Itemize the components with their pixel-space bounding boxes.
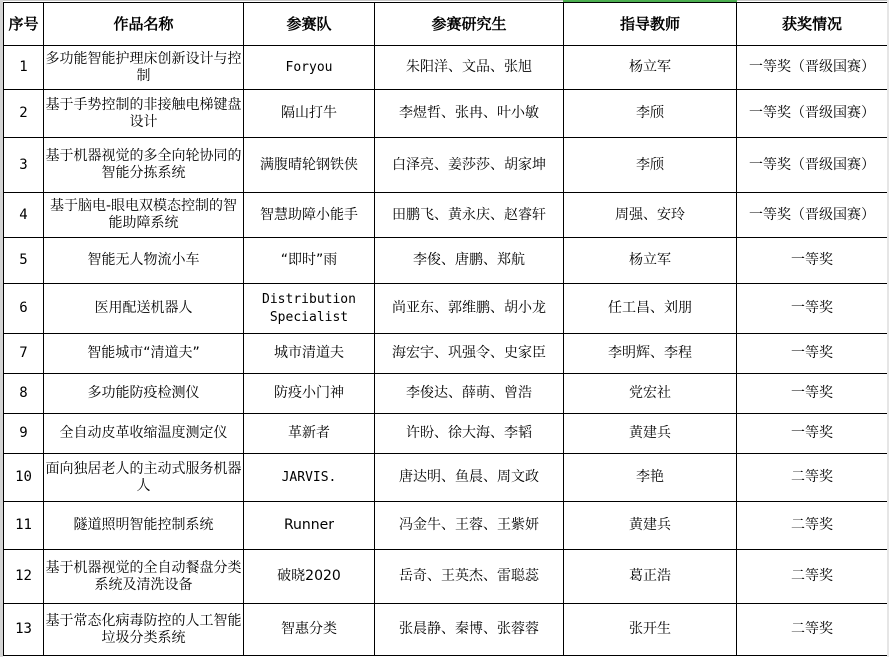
header-seq[interactable]: 序号 — [4, 3, 44, 46]
cell-project-name[interactable]: 基于机器视觉的多全向轮协同的智能分拣系统 — [44, 138, 244, 193]
cell-project-name[interactable]: 多功能防疫检测仪 — [44, 374, 244, 414]
cell-project-name[interactable]: 面向独居老人的主动式服务机器人 — [44, 454, 244, 502]
cell-advisor[interactable]: 党宏社 — [564, 374, 737, 414]
cell-award[interactable]: 一等奖 — [737, 238, 888, 284]
cell-seq[interactable]: 6 — [4, 284, 44, 334]
cell-project-name[interactable]: 基于手势控制的非接触电梯键盘设计 — [44, 90, 244, 138]
cell-students[interactable]: 朱阳洋、文品、张旭 — [375, 46, 564, 90]
awards-table: 序号 作品名称 参赛队 参赛研究生 指导教师 获奖情况 1 多功能智能护理床创新… — [3, 2, 888, 656]
cell-team[interactable]: 革新者 — [244, 414, 375, 454]
cell-students[interactable]: 岳奇、王英杰、雷聪蕊 — [375, 550, 564, 604]
cell-students[interactable]: 李俊达、薛萌、曾浩 — [375, 374, 564, 414]
cell-students[interactable]: 李俊、唐鹏、郑航 — [375, 238, 564, 284]
cell-advisor[interactable]: 葛正浩 — [564, 550, 737, 604]
table-row: 11 隧道照明智能控制系统 Runner 冯金牛、王蓉、王紫妍 黄建兵 二等奖 — [4, 502, 888, 550]
table-row: 3 基于机器视觉的多全向轮协同的智能分拣系统 满腹晴轮钢铁侠 白泽亮、姜莎莎、胡… — [4, 138, 888, 193]
table-row: 10 面向独居老人的主动式服务机器人 JARVIS. 唐达明、鱼晨、周文政 李艳… — [4, 454, 888, 502]
spreadsheet-view: 序号 作品名称 参赛队 参赛研究生 指导教师 获奖情况 1 多功能智能护理床创新… — [0, 0, 889, 657]
cell-team[interactable]: 隔山打牛 — [244, 90, 375, 138]
table-row: 13 基于常态化病毒防控的人工智能垃圾分类系统 智惠分类 张晨静、秦博、张蓉蓉 … — [4, 604, 888, 656]
table-row: 1 多功能智能护理床创新设计与控制 Foryou 朱阳洋、文品、张旭 杨立军 一… — [4, 46, 888, 90]
cell-seq[interactable]: 4 — [4, 193, 44, 238]
cell-seq[interactable]: 1 — [4, 46, 44, 90]
cell-project-name[interactable]: 医用配送机器人 — [44, 284, 244, 334]
cell-advisor[interactable]: 黄建兵 — [564, 414, 737, 454]
cell-award[interactable]: 一等奖 — [737, 334, 888, 374]
table-row: 7 智能城市“清道夫” 城市清道夫 海宏宇、巩强令、史家臣 李明辉、李程 一等奖 — [4, 334, 888, 374]
table-row: 4 基于脑电-眼电双模态控制的智能助障系统 智慧助障小能手 田鹏飞、黄永庆、赵睿… — [4, 193, 888, 238]
cell-team[interactable]: 智慧助障小能手 — [244, 193, 375, 238]
cell-students[interactable]: 张晨静、秦博、张蓉蓉 — [375, 604, 564, 656]
cell-team[interactable]: 智惠分类 — [244, 604, 375, 656]
cell-advisor[interactable]: 李明辉、李程 — [564, 334, 737, 374]
cell-seq[interactable]: 2 — [4, 90, 44, 138]
cell-seq[interactable]: 10 — [4, 454, 44, 502]
cell-team[interactable]: 防疫小门神 — [244, 374, 375, 414]
table-row: 9 全自动皮革收缩温度测定仪 革新者 许盼、徐大海、李韬 黄建兵 一等奖 — [4, 414, 888, 454]
cell-award[interactable]: 一等奖（晋级国赛） — [737, 193, 888, 238]
cell-team[interactable]: Runner — [244, 502, 375, 550]
table-row: 12 基于机器视觉的全自动餐盘分类系统及清洗设备 破晓2020 岳奇、王英杰、雷… — [4, 550, 888, 604]
table-body: 1 多功能智能护理床创新设计与控制 Foryou 朱阳洋、文品、张旭 杨立军 一… — [4, 46, 888, 656]
cell-team[interactable]: Foryou — [244, 46, 375, 90]
cell-project-name[interactable]: 智能无人物流小车 — [44, 238, 244, 284]
sheet-top-edge — [0, 0, 889, 1]
cell-seq[interactable]: 3 — [4, 138, 44, 193]
cell-advisor[interactable]: 黄建兵 — [564, 502, 737, 550]
cell-seq[interactable]: 7 — [4, 334, 44, 374]
header-row: 序号 作品名称 参赛队 参赛研究生 指导教师 获奖情况 — [4, 3, 888, 46]
cell-seq[interactable]: 13 — [4, 604, 44, 656]
cell-project-name[interactable]: 基于机器视觉的全自动餐盘分类系统及清洗设备 — [44, 550, 244, 604]
cell-team[interactable]: JARVIS. — [244, 454, 375, 502]
cell-team[interactable]: 破晓2020 — [244, 550, 375, 604]
cell-project-name[interactable]: 隧道照明智能控制系统 — [44, 502, 244, 550]
header-award[interactable]: 获奖情况 — [737, 3, 888, 46]
cell-team[interactable]: “即时”雨 — [244, 238, 375, 284]
cell-project-name[interactable]: 基于常态化病毒防控的人工智能垃圾分类系统 — [44, 604, 244, 656]
cell-students[interactable]: 田鹏飞、黄永庆、赵睿轩 — [375, 193, 564, 238]
cell-advisor[interactable]: 杨立军 — [564, 238, 737, 284]
cell-team[interactable]: 城市清道夫 — [244, 334, 375, 374]
cell-students[interactable]: 海宏宇、巩强令、史家臣 — [375, 334, 564, 374]
cell-award[interactable]: 一等奖（晋级国赛） — [737, 46, 888, 90]
cell-seq[interactable]: 8 — [4, 374, 44, 414]
cell-advisor[interactable]: 张开生 — [564, 604, 737, 656]
cell-project-name[interactable]: 全自动皮革收缩温度测定仪 — [44, 414, 244, 454]
cell-award[interactable]: 一等奖 — [737, 414, 888, 454]
header-students[interactable]: 参赛研究生 — [375, 3, 564, 46]
cell-award[interactable]: 一等奖 — [737, 284, 888, 334]
cell-project-name[interactable]: 基于脑电-眼电双模态控制的智能助障系统 — [44, 193, 244, 238]
cell-advisor[interactable]: 杨立军 — [564, 46, 737, 90]
table-row: 8 多功能防疫检测仪 防疫小门神 李俊达、薛萌、曾浩 党宏社 一等奖 — [4, 374, 888, 414]
cell-team[interactable]: Distribution Specialist — [244, 284, 375, 334]
cell-advisor[interactable]: 李颀 — [564, 138, 737, 193]
cell-seq[interactable]: 9 — [4, 414, 44, 454]
cell-award[interactable]: 二等奖 — [737, 550, 888, 604]
cell-award[interactable]: 二等奖 — [737, 454, 888, 502]
header-advisor[interactable]: 指导教师 — [564, 3, 737, 46]
table-row: 2 基于手势控制的非接触电梯键盘设计 隔山打牛 李煜哲、张冉、叶小敏 李颀 一等… — [4, 90, 888, 138]
cell-seq[interactable]: 11 — [4, 502, 44, 550]
cell-students[interactable]: 白泽亮、姜莎莎、胡家坤 — [375, 138, 564, 193]
header-project-name[interactable]: 作品名称 — [44, 3, 244, 46]
cell-advisor[interactable]: 任工昌、刘朋 — [564, 284, 737, 334]
cell-award[interactable]: 一等奖（晋级国赛） — [737, 90, 888, 138]
header-team[interactable]: 参赛队 — [244, 3, 375, 46]
cell-project-name[interactable]: 多功能智能护理床创新设计与控制 — [44, 46, 244, 90]
cell-team[interactable]: 满腹晴轮钢铁侠 — [244, 138, 375, 193]
table-row: 5 智能无人物流小车 “即时”雨 李俊、唐鹏、郑航 杨立军 一等奖 — [4, 238, 888, 284]
cell-seq[interactable]: 12 — [4, 550, 44, 604]
cell-advisor[interactable]: 李艳 — [564, 454, 737, 502]
cell-award[interactable]: 二等奖 — [737, 604, 888, 656]
cell-students[interactable]: 冯金牛、王蓉、王紫妍 — [375, 502, 564, 550]
cell-advisor[interactable]: 李颀 — [564, 90, 737, 138]
cell-project-name[interactable]: 智能城市“清道夫” — [44, 334, 244, 374]
cell-students[interactable]: 唐达明、鱼晨、周文政 — [375, 454, 564, 502]
cell-students[interactable]: 许盼、徐大海、李韬 — [375, 414, 564, 454]
cell-students[interactable]: 尚亚东、郭维鹏、胡小龙 — [375, 284, 564, 334]
cell-advisor[interactable]: 周强、安玲 — [564, 193, 737, 238]
cell-award[interactable]: 一等奖 — [737, 374, 888, 414]
cell-award[interactable]: 二等奖 — [737, 502, 888, 550]
cell-award[interactable]: 一等奖（晋级国赛） — [737, 138, 888, 193]
cell-students[interactable]: 李煜哲、张冉、叶小敏 — [375, 90, 564, 138]
cell-seq[interactable]: 5 — [4, 238, 44, 284]
table-row: 6 医用配送机器人 Distribution Specialist 尚亚东、郭维… — [4, 284, 888, 334]
